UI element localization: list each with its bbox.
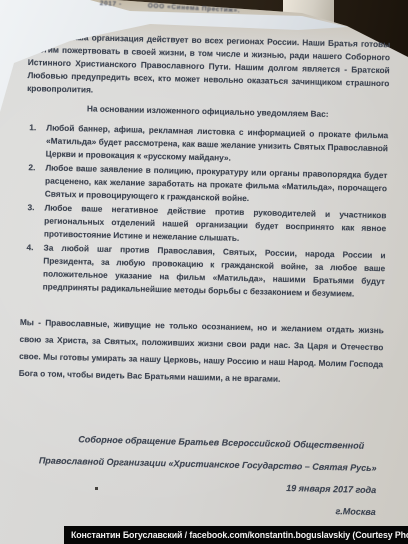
item-number: 2.	[25, 161, 46, 200]
item-text: Любое ваше заявление в полицию, прокурат…	[45, 161, 388, 208]
notice-intro: На основании изложенного официально увед…	[27, 101, 389, 122]
list-item: 2. Любое ваше заявление в полицию, проку…	[25, 161, 388, 208]
list-item: 3. Любое ваше негативное действие против…	[24, 201, 387, 248]
item-number: 4.	[23, 241, 44, 293]
signature-block: Соборное обращение Братьев Всероссийской…	[18, 427, 382, 523]
demand-list: 1. Любой баннер, афиша, рекламная листов…	[23, 121, 389, 301]
credit-bar: Константин Богуславский / facebook.com/k…	[64, 526, 408, 544]
item-text: За любой шаг против Православия, Святых,…	[43, 241, 386, 301]
item-text: Любое ваше негативное действие против ру…	[44, 201, 387, 248]
item-number: 1.	[26, 121, 47, 160]
list-item: 4. За любой шаг против Православия, Свят…	[23, 241, 386, 301]
list-item: 1. Любой баннер, афиша, рекламная листов…	[26, 121, 389, 168]
document-text: Наша организация действует во всех регио…	[18, 30, 391, 523]
photo-of-document: { "photo": { "credit_caption": "Констант…	[0, 0, 408, 544]
paper-speck	[95, 487, 98, 490]
item-text: Любой баннер, афиша, рекламная листовка …	[46, 121, 389, 168]
item-number: 3.	[24, 201, 45, 240]
header-fragment-date: 2017 -	[100, 0, 122, 8]
credit-caption: Константин Богуславский / facebook.com/k…	[64, 530, 408, 540]
closing-paragraph: Мы - Православные, живущие не только осо…	[19, 314, 384, 390]
paragraph-main: Наша организация действует во всех регио…	[27, 30, 390, 103]
